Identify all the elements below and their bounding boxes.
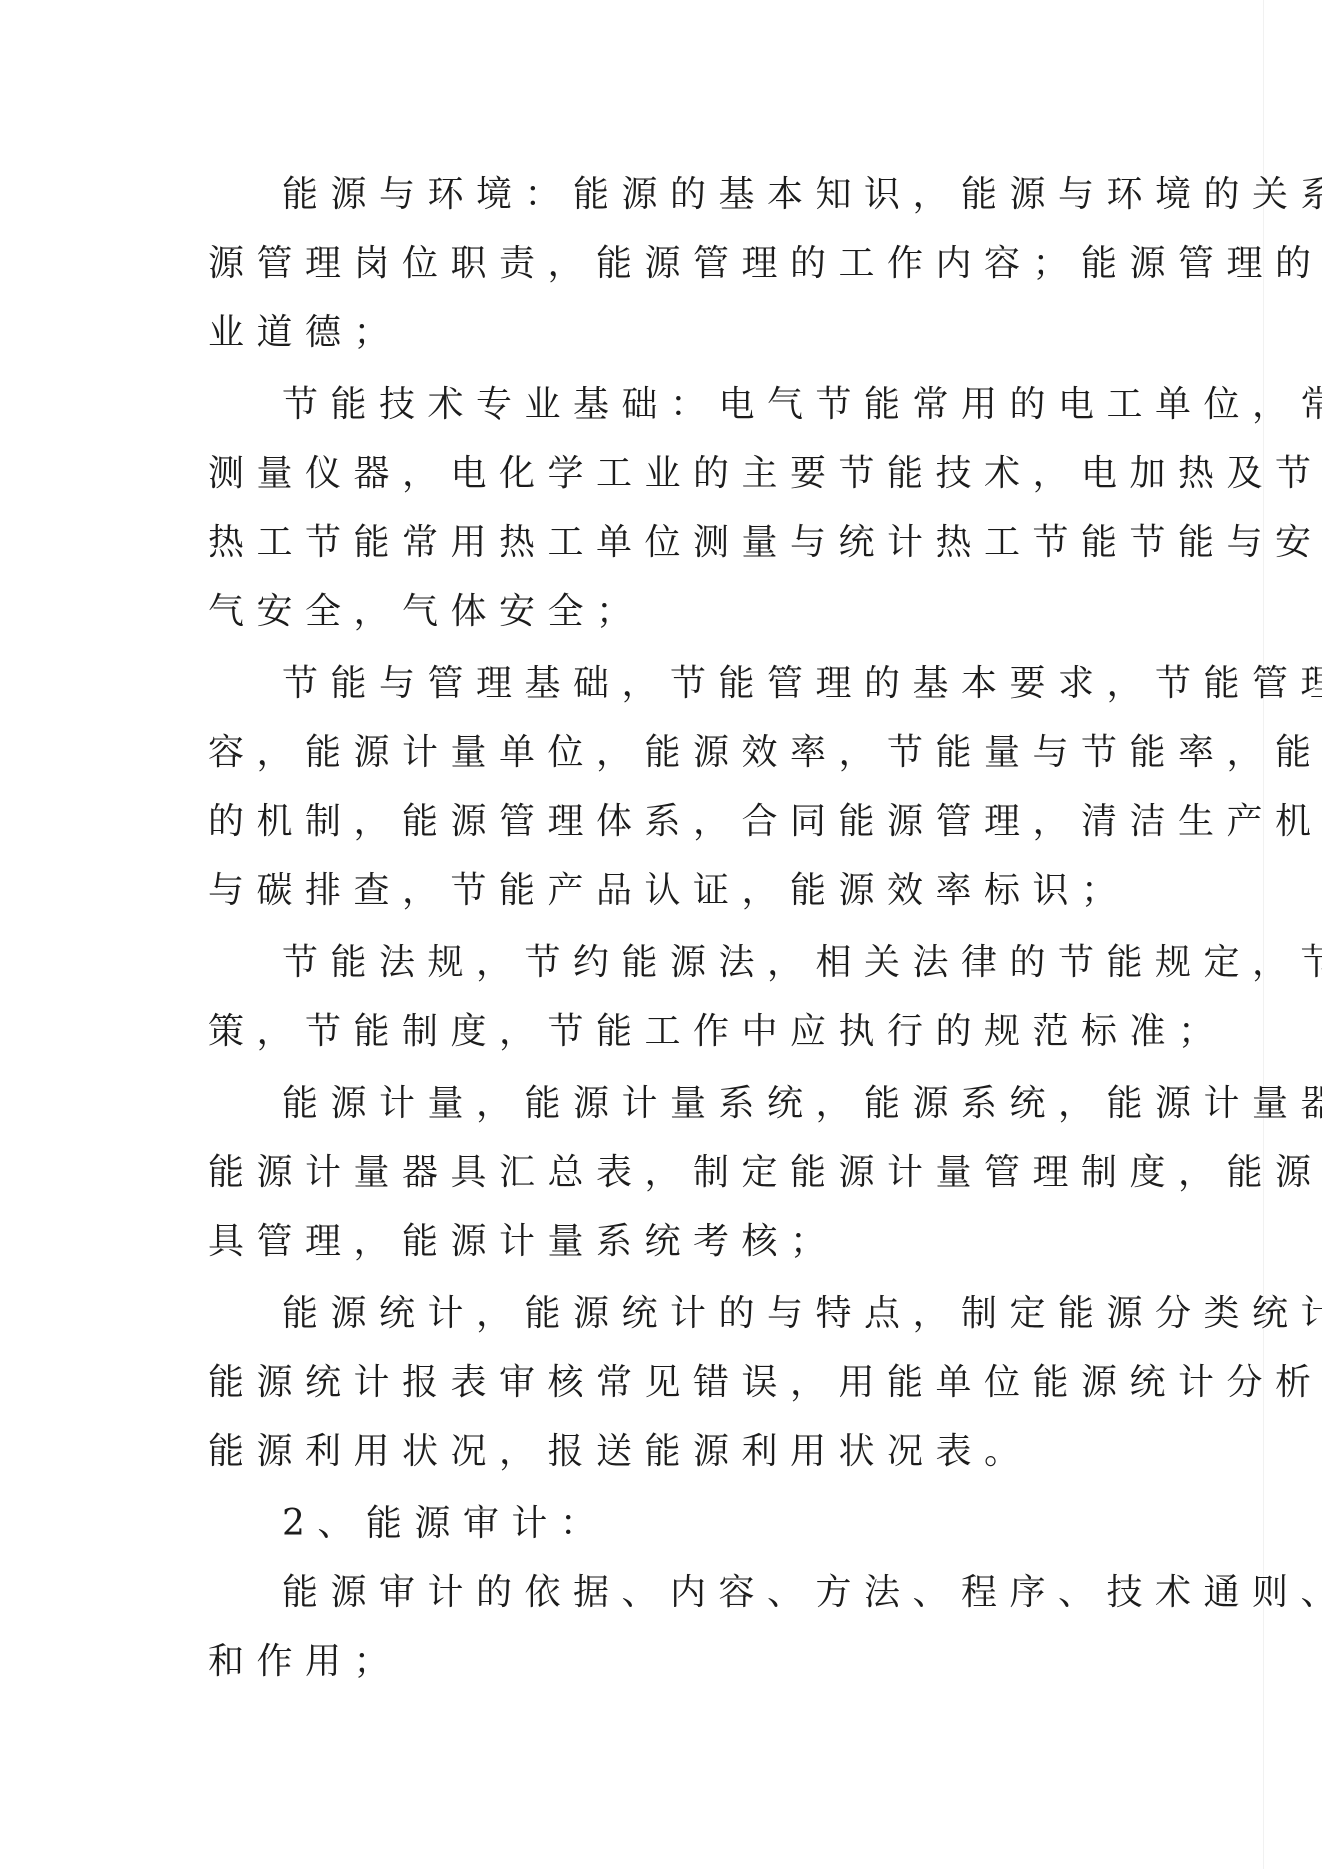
text-line: 业道德； [208, 301, 1168, 365]
text-line: 能源统计报表审核常见错误，用能单位能源统计分析，核查 [208, 1351, 1168, 1415]
text-line: 能源计量器具汇总表，制定能源计量管理制度，能源计量器 [208, 1141, 1168, 1205]
section-heading-energy-audit: 2、能源审计： [282, 1492, 1242, 1556]
text-line: 节能技术专业基础：电气节能常用的电工单位，常用的 [282, 373, 1242, 437]
text-line: 策，节能制度，节能工作中应执行的规范标准； [208, 1000, 1168, 1064]
text-line: 源管理岗位职责，能源管理的工作内容；能源管理的基本职 [208, 232, 1168, 296]
text-line: 测量仪器，电化学工业的主要节能技术，电加热及节能技术， [208, 442, 1168, 506]
text-line: 能源与环境：能源的基本知识，能源与环境的关系，能 [282, 163, 1242, 227]
text-line: 能源统计，能源统计的与特点，制定能源分类统计报表， [282, 1282, 1242, 1346]
text-line: 的机制，能源管理体系，合同能源管理，清洁生产机制，碳 [208, 790, 1168, 854]
text-line: 能源计量，能源计量系统，能源系统，能源计量器具， [282, 1072, 1242, 1136]
text-line: 和作用； [208, 1630, 1168, 1694]
text-line: 节能与管理基础，节能管理的基本要求，节能管理的内 [282, 652, 1242, 716]
document-page: 能源与环境：能源的基本知识，能源与环境的关系，能 源管理岗位职责，能源管理的工作… [0, 0, 1322, 1869]
text-line: 能源审计的依据、内容、方法、程序、技术通则、目的 [282, 1561, 1242, 1625]
text-line: 能源利用状况，报送能源利用状况表。 [208, 1420, 1168, 1484]
text-line: 热工节能常用热工单位测量与统计热工节能节能与安全，电 [208, 511, 1168, 575]
text-line: 与碳排查，节能产品认证，能源效率标识； [208, 859, 1168, 923]
text-line: 容，能源计量单位，能源效率，节能量与节能率，能源管理 [208, 721, 1168, 785]
text-line: 节能法规，节约能源法，相关法律的节能规定，节能政 [282, 931, 1242, 995]
text-line: 气安全，气体安全； [208, 580, 1168, 644]
text-line: 具管理，能源计量系统考核； [208, 1210, 1168, 1274]
